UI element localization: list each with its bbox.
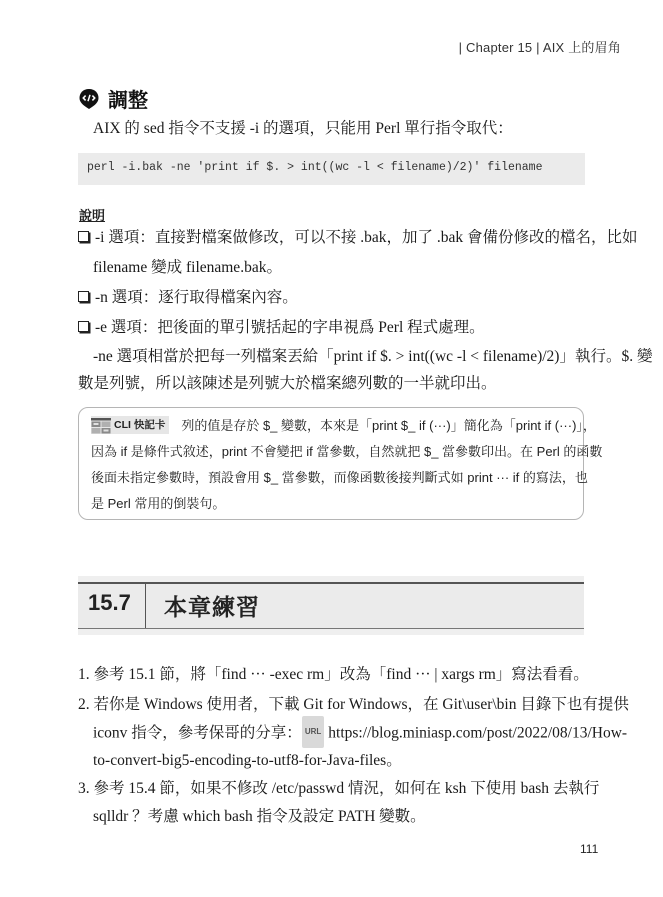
tip-card: CLI 快記卡 列的值是存於 $_ 變數，本來是「print $_ if (··…: [78, 407, 584, 520]
url-badge-icon: URL: [302, 716, 324, 748]
section-title: 本章練習: [164, 589, 260, 622]
intro-paragraph: AIX 的 sed 指令不支援 -i 的選項，只能用 Perl 單行指令取代：: [93, 114, 513, 144]
checkbox-bullet-icon: [78, 231, 89, 242]
checkbox-bullet-icon: [78, 321, 89, 332]
exercise-item: 1. 參考 15.1 節，將「find ··· -exec rm」改為「find…: [78, 660, 589, 690]
exercise-item-cont: sqlldr ？考慮 which bash 指令及設定 PATH 變數。: [93, 802, 426, 832]
band-divider: [145, 584, 146, 628]
note-label: 說明: [79, 205, 105, 224]
cli-card-icon: [91, 417, 111, 433]
code-text: perl -i.bak -ne 'print if $. > int((wc -…: [87, 161, 542, 174]
section-number: 15.7: [88, 590, 131, 616]
running-header: | Chapter 15 | AIX 上的眉角: [459, 37, 621, 56]
section-title: 調整: [108, 84, 148, 113]
cli-card-badge: CLI 快記卡: [91, 416, 169, 434]
url-link[interactable]: https://blog.miniasp.com/post/2022/08/13…: [328, 725, 627, 742]
bullet-item-continuation: filename 變成 filename.bak。: [93, 253, 282, 283]
exercise-item: 2. 若你是 Windows 使用者，下載 Git for Windows，在 …: [78, 690, 629, 720]
code-block: perl -i.bak -ne 'print if $. > int((wc -…: [78, 153, 585, 185]
explain-paragraph-cont: 數是列號，所以該陳述是列號大於檔案總列數的一半就印出。: [78, 369, 497, 399]
exercise-item-cont: to-convert-big5-encoding-to-utf8-for-Jav…: [93, 746, 402, 776]
url-link[interactable]: to-convert-big5-encoding-to-utf8-for-Jav…: [93, 752, 386, 769]
code-tag-icon: [78, 88, 100, 110]
adjust-heading: 調整: [78, 84, 148, 113]
page-number: 111: [580, 842, 598, 856]
chapter-section-band: 15.7 本章練習: [78, 576, 584, 636]
exercise-item: 3. 參考 15.4 節，如果不修改 /etc/passwd 情況，如何在 ks…: [78, 774, 599, 804]
badge-label: CLI 快記卡: [114, 412, 165, 438]
checkbox-bullet-icon: [78, 291, 89, 302]
bullet-item: -i 選項：直接對檔案做修改，可以不接 .bak，加了 .bak 會備份修改的檔…: [78, 223, 637, 253]
explain-paragraph: -ne 選項相當於把每一列檔案丟給「print if $. > int((wc …: [93, 342, 652, 372]
bullet-item: -e 選項：把後面的單引號括起的字串視爲 Perl 程式處理。: [78, 313, 485, 343]
bullet-item: -n 選項：逐行取得檔案內容。: [78, 283, 298, 313]
